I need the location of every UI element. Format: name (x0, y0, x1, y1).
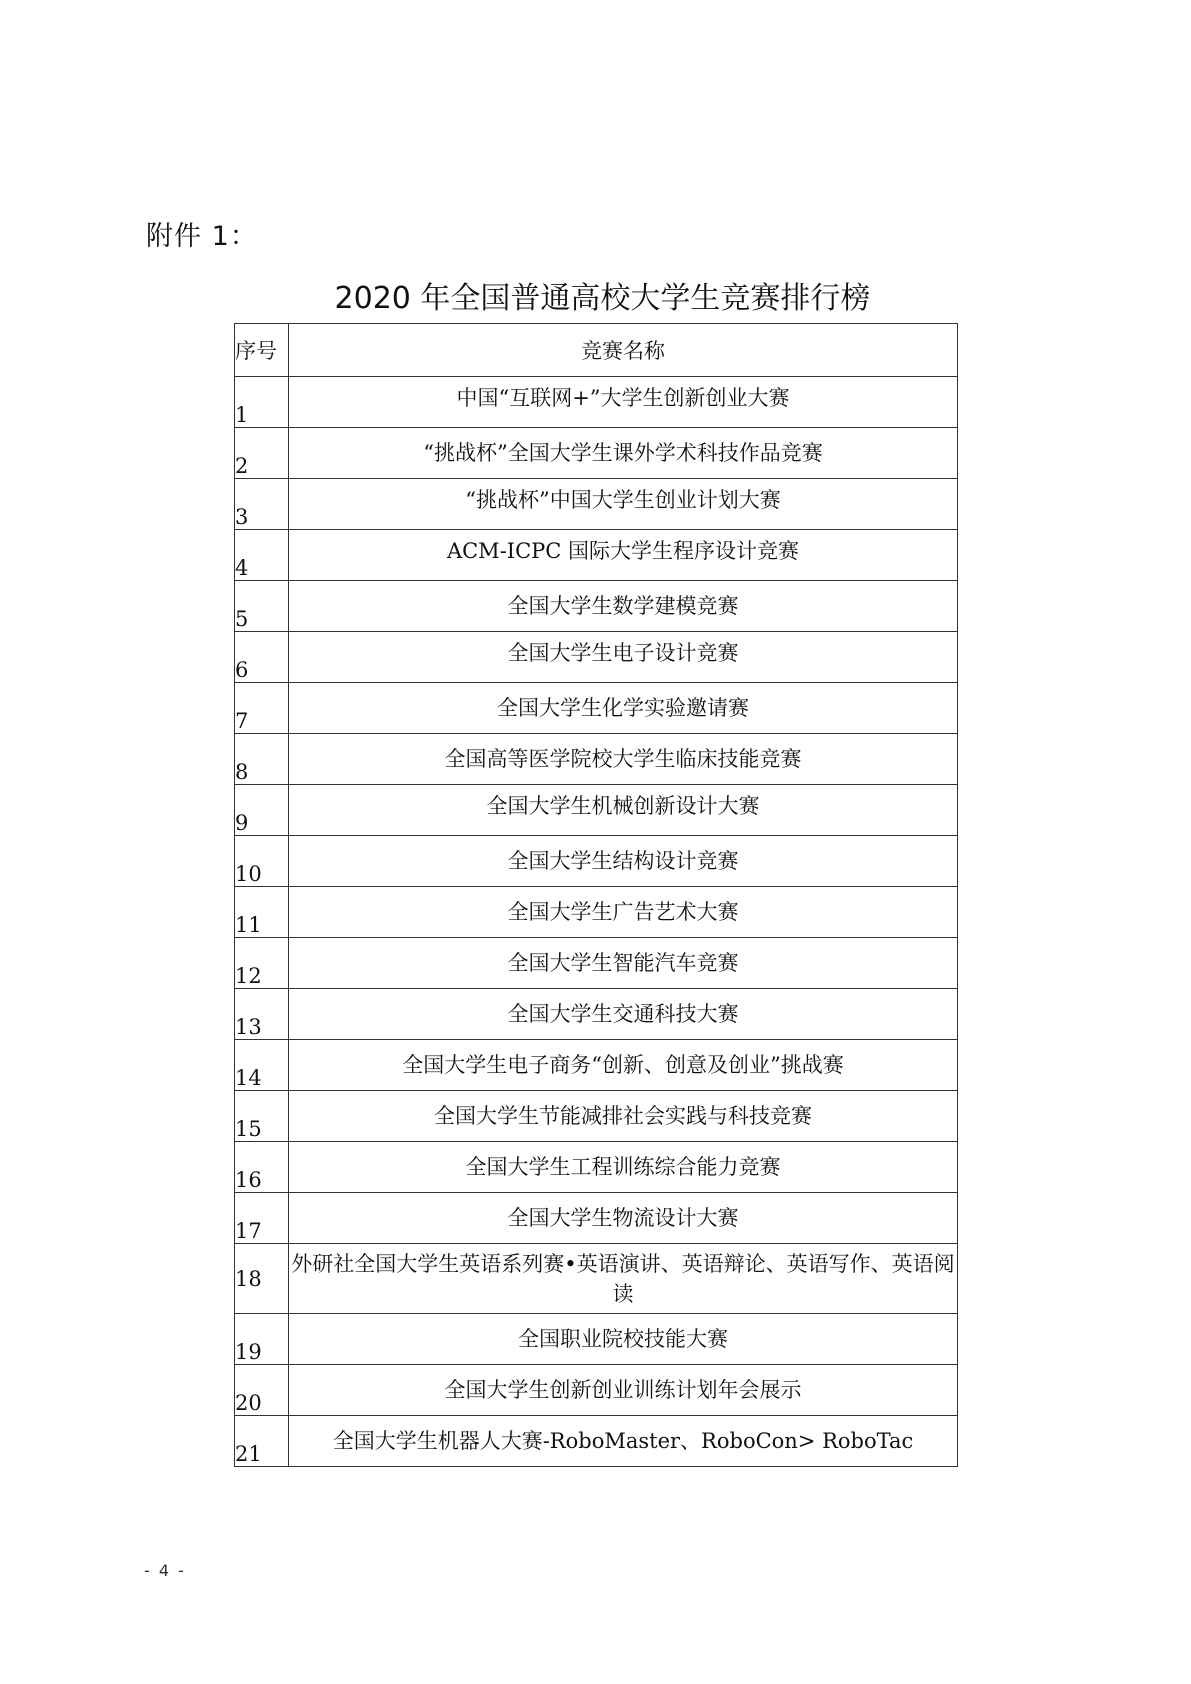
competition-name: 全国大学生广告艺术大赛 (289, 887, 958, 938)
rank-number: 9 (235, 785, 289, 836)
table-row: 6全国大学生电子设计竞赛 (235, 632, 958, 683)
competition-name: 全国大学生物流设计大赛 (289, 1193, 958, 1244)
competition-name: 全国高等医学院校大学生临床技能竞赛 (289, 734, 958, 785)
table-row: 8全国高等医学院校大学生临床技能竞赛 (235, 734, 958, 785)
rank-number: 18 (235, 1244, 289, 1314)
table-row: 15全国大学生节能减排社会实践与科技竞赛 (235, 1091, 958, 1142)
rank-number: 21 (235, 1416, 289, 1467)
competition-name: 全国大学生工程训练综合能力竞赛 (289, 1142, 958, 1193)
table-row: 11全国大学生广告艺术大赛 (235, 887, 958, 938)
competition-name: “挑战杯”全国大学生课外学术科技作品竞赛 (289, 428, 958, 479)
rank-number: 11 (235, 887, 289, 938)
competition-name: 全国大学生化学实验邀请赛 (289, 683, 958, 734)
table-row: 5全国大学生数学建模竞赛 (235, 581, 958, 632)
rank-number: 14 (235, 1040, 289, 1091)
competition-name: 全国大学生数学建模竞赛 (289, 581, 958, 632)
rank-number: 16 (235, 1142, 289, 1193)
table-row: 16全国大学生工程训练综合能力竞赛 (235, 1142, 958, 1193)
competition-name: 全国大学生电子商务“创新、创意及创业”挑战赛 (289, 1040, 958, 1091)
table-body: 1中国“互联网+”大学生创新创业大赛2“挑战杯”全国大学生课外学术科技作品竞赛3… (235, 377, 958, 1467)
column-header-no: 序号 (235, 324, 289, 377)
rank-number: 5 (235, 581, 289, 632)
table-row: 10全国大学生结构设计竞赛 (235, 836, 958, 887)
rank-number: 12 (235, 938, 289, 989)
column-header-name: 竞赛名称 (289, 324, 958, 377)
competition-name: 外研社全国大学生英语系列赛•英语演讲、英语辩论、英语写作、英语阅读 (289, 1244, 958, 1314)
rank-number: 8 (235, 734, 289, 785)
table-row: 4ACM-ICPC 国际大学生程序设计竞赛 (235, 530, 958, 581)
competition-name: 全国大学生节能减排社会实践与科技竞赛 (289, 1091, 958, 1142)
table-row: 19全国职业院校技能大赛 (235, 1314, 958, 1365)
table-row: 12全国大学生智能汽车竞赛 (235, 938, 958, 989)
rank-number: 4 (235, 530, 289, 581)
competition-ranking-table: 序号 竞赛名称 1中国“互联网+”大学生创新创业大赛2“挑战杯”全国大学生课外学… (234, 323, 958, 1467)
rank-number: 15 (235, 1091, 289, 1142)
table-row: 20全国大学生创新创业训练计划年会展示 (235, 1365, 958, 1416)
table-row: 2“挑战杯”全国大学生课外学术科技作品竞赛 (235, 428, 958, 479)
competition-name: 全国大学生机械创新设计大赛 (289, 785, 958, 836)
competition-name: 全国大学生智能汽车竞赛 (289, 938, 958, 989)
competition-name: 中国“互联网+”大学生创新创业大赛 (289, 377, 958, 428)
competition-name: 全国大学生机器人大赛-RoboMaster、RoboCon> RoboTac (289, 1416, 958, 1467)
table-row: 3“挑战杯”中国大学生创业计划大赛 (235, 479, 958, 530)
rank-number: 10 (235, 836, 289, 887)
rank-number: 1 (235, 377, 289, 428)
table-row: 1中国“互联网+”大学生创新创业大赛 (235, 377, 958, 428)
competition-name: 全国大学生交通科技大赛 (289, 989, 958, 1040)
table-row: 9全国大学生机械创新设计大赛 (235, 785, 958, 836)
table-row: 7全国大学生化学实验邀请赛 (235, 683, 958, 734)
table-row: 13全国大学生交通科技大赛 (235, 989, 958, 1040)
rank-number: 19 (235, 1314, 289, 1365)
table-row: 14全国大学生电子商务“创新、创意及创业”挑战赛 (235, 1040, 958, 1091)
competition-name: 全国大学生电子设计竞赛 (289, 632, 958, 683)
competition-name: 全国大学生结构设计竞赛 (289, 836, 958, 887)
page-title: 2020 年全国普通高校大学生竞赛排行榜 (0, 273, 1191, 317)
rank-number: 13 (235, 989, 289, 1040)
rank-number: 6 (235, 632, 289, 683)
rank-number: 17 (235, 1193, 289, 1244)
competition-name: 全国大学生创新创业训练计划年会展示 (289, 1365, 958, 1416)
rank-number: 2 (235, 428, 289, 479)
rank-number: 7 (235, 683, 289, 734)
table-row: 17全国大学生物流设计大赛 (235, 1193, 958, 1244)
competition-name: “挑战杯”中国大学生创业计划大赛 (289, 479, 958, 530)
attachment-label: 附件 1： (146, 214, 258, 253)
table-row: 21全国大学生机器人大赛-RoboMaster、RoboCon> RoboTac (235, 1416, 958, 1467)
page-number: - 4 - (144, 1561, 186, 1580)
table-header-row: 序号 竞赛名称 (235, 324, 958, 377)
rank-number: 20 (235, 1365, 289, 1416)
competition-name: 全国职业院校技能大赛 (289, 1314, 958, 1365)
table-row: 18外研社全国大学生英语系列赛•英语演讲、英语辩论、英语写作、英语阅读 (235, 1244, 958, 1314)
rank-number: 3 (235, 479, 289, 530)
competition-name: ACM-ICPC 国际大学生程序设计竞赛 (289, 530, 958, 581)
